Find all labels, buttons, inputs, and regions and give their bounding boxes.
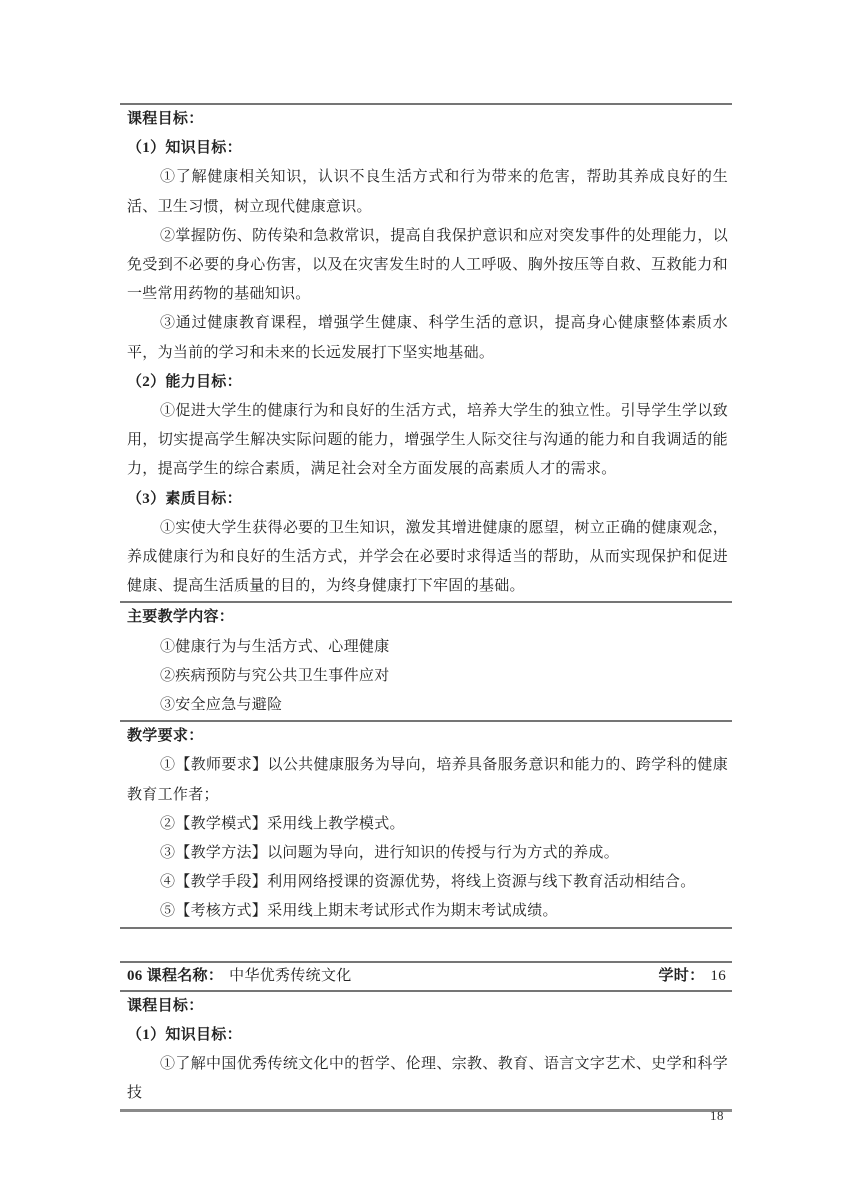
knowledge-objectives-title: （1）知识目标： bbox=[127, 134, 728, 163]
knowledge-objective-paragraph-1: ①了解健康相关知识，认识不良生活方式和行为带来的危害，帮助其养成良好的生活、卫生… bbox=[127, 163, 728, 221]
teaching-content-item-1: ①健康行为与生活方式、心理健康 bbox=[127, 633, 728, 662]
ability-objective-paragraph-1: ①促进大学生的健康行为和良好的生活方式，培养大学生的独立性。引导学生学以致用，切… bbox=[127, 397, 728, 485]
document-page: 课程目标： （1）知识目标： ①了解健康相关知识，认识不良生活方式和行为带来的危… bbox=[120, 103, 732, 1112]
knowledge-objective-paragraph-3: ③通过健康教育课程，增强学生健康、科学生活的意识，提高身心健康整体素质水平，为当… bbox=[127, 309, 728, 367]
requirement-item-3: ③【教学方法】以问题为导向，进行知识的传授与行为方式的养成。 bbox=[127, 839, 728, 868]
course-06-knowledge-objective-paragraph: ①了解中国优秀传统文化中的哲学、伦理、宗教、教育、语言文字艺术、史学和科学技 bbox=[127, 1050, 728, 1108]
course-06-table: 06 课程名称： 中华优秀传统文化 学时： 16 课程目标： （1）知识目标： … bbox=[120, 961, 732, 1112]
course-number-name-label: 06 课程名称： bbox=[127, 963, 223, 990]
teaching-content-item-2: ②疾病预防与究公共卫生事件应对 bbox=[127, 662, 728, 691]
quality-objective-paragraph-1: ①实使大学生获得必要的卫生知识，激发其增进健康的愿望，树立正确的健康观念，养成健… bbox=[127, 514, 728, 602]
requirement-item-4: ④【教学手段】利用网络授课的资源优势，将线上资源与线下教育活动相结合。 bbox=[127, 868, 728, 897]
teaching-requirements-cell: 教学要求： ①【教师要求】以公共健康服务为导向，培养具备服务意识和能力的、跨学科… bbox=[120, 722, 732, 928]
quality-objectives-title: （3）素质目标： bbox=[127, 485, 728, 514]
table-spacer bbox=[120, 929, 732, 961]
course-name-group: 06 课程名称： 中华优秀传统文化 bbox=[127, 963, 352, 990]
course-06-header-row: 06 课程名称： 中华优秀传统文化 学时： 16 bbox=[120, 963, 732, 992]
course-objectives-cell: 课程目标： （1）知识目标： ①了解健康相关知识，认识不良生活方式和行为带来的危… bbox=[120, 105, 732, 603]
teaching-content-item-3: ③安全应急与避险 bbox=[127, 691, 728, 720]
teaching-content-heading: 主要教学内容： bbox=[127, 603, 728, 632]
requirement-item-1: ①【教师要求】以公共健康服务为导向，培养具备服务意识和能力的、跨学科的健康教育工… bbox=[127, 751, 728, 809]
requirement-item-2: ②【教学模式】采用线上教学模式。 bbox=[127, 810, 728, 839]
course-hours-group: 学时： 16 bbox=[658, 963, 726, 990]
knowledge-objective-paragraph-2: ②掌握防伤、防传染和急救常识，提高自我保护意识和应对突发事件的处理能力，以免受到… bbox=[127, 222, 728, 310]
course-06-knowledge-objectives-title: （1）知识目标： bbox=[127, 1021, 728, 1050]
page-number: 18 bbox=[710, 1108, 724, 1124]
hours-value: 16 bbox=[710, 963, 726, 990]
course-name-value: 中华优秀传统文化 bbox=[229, 963, 351, 990]
course-06-objectives-cell: 课程目标： （1）知识目标： ①了解中国优秀传统文化中的哲学、伦理、宗教、教育、… bbox=[120, 992, 732, 1112]
teaching-requirements-heading: 教学要求： bbox=[127, 722, 728, 751]
teaching-content-cell: 主要教学内容： ①健康行为与生活方式、心理健康 ②疾病预防与究公共卫生事件应对 … bbox=[120, 603, 732, 722]
ability-objectives-title: （2）能力目标： bbox=[127, 368, 728, 397]
hours-label: 学时： bbox=[658, 963, 704, 990]
requirement-item-5: ⑤【考核方式】采用线上期末考试形式作为期末考试成绩。 bbox=[127, 897, 728, 926]
course-05-table: 课程目标： （1）知识目标： ①了解健康相关知识，认识不良生活方式和行为带来的危… bbox=[120, 103, 732, 929]
course-06-objectives-heading: 课程目标： bbox=[127, 992, 728, 1021]
course-objectives-heading: 课程目标： bbox=[127, 105, 728, 134]
